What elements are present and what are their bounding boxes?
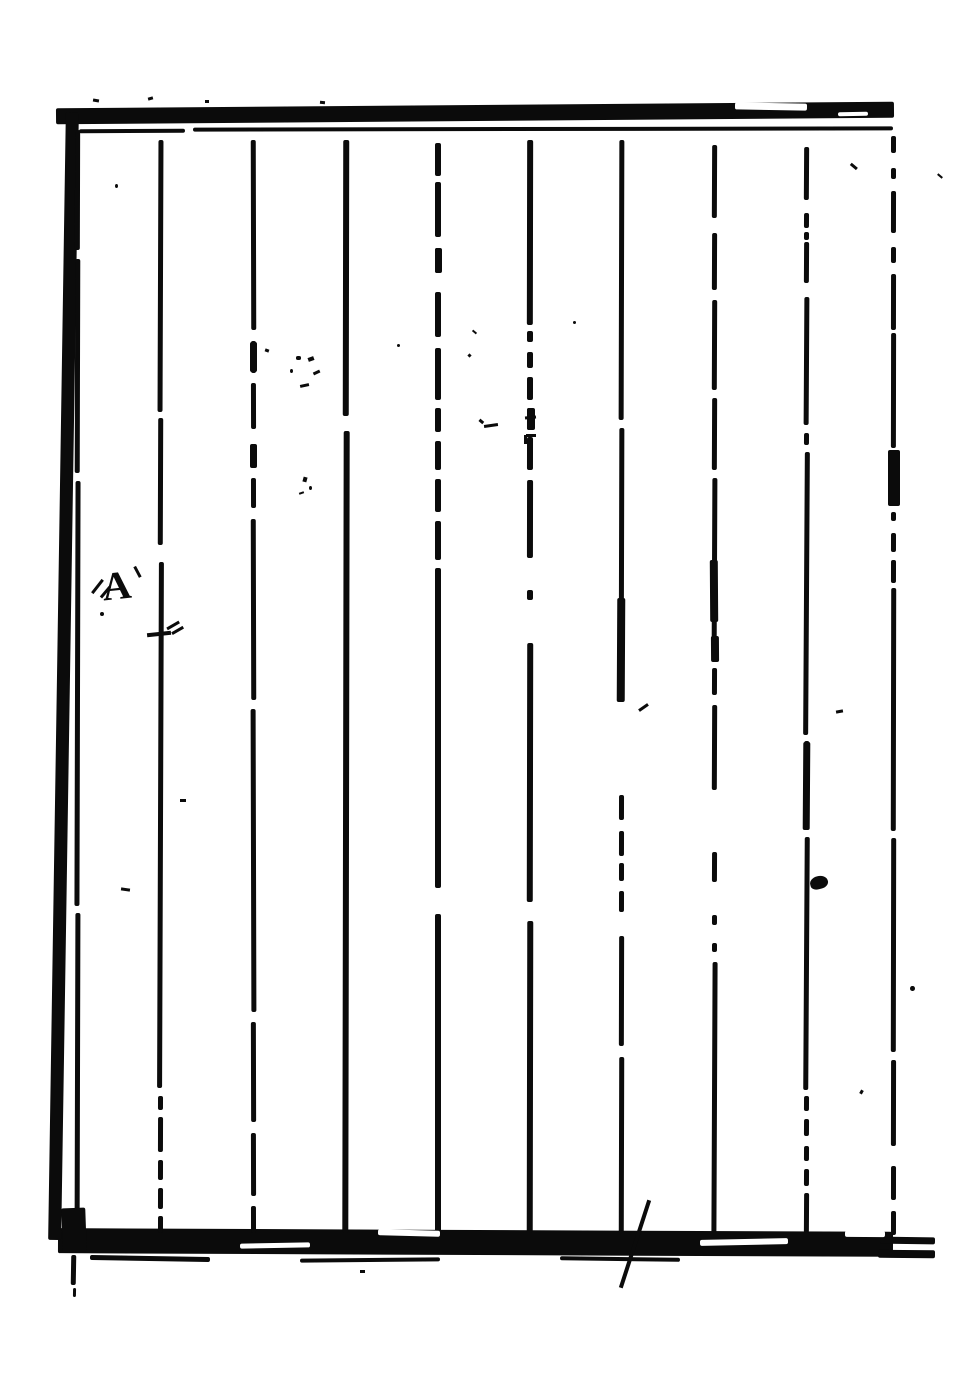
- border-right: [891, 136, 896, 153]
- ink-speck: [93, 99, 99, 103]
- column-rule-8: [804, 232, 809, 240]
- column-rule-6: [618, 936, 623, 1046]
- column-rule-5: [527, 140, 533, 325]
- ink-speck: [859, 1090, 864, 1095]
- column-rule-4: [435, 143, 441, 176]
- column-rule-5: [527, 921, 533, 1233]
- ink-speck: [205, 100, 209, 103]
- paper-streak: [838, 112, 868, 117]
- column-rule-5: [527, 480, 533, 558]
- left-border-tail: [71, 1255, 77, 1285]
- border-right: [891, 838, 896, 1052]
- border-right: [891, 560, 896, 583]
- ink-speck: [307, 356, 314, 362]
- squiggle-mark: [484, 423, 498, 428]
- column-rule-8: [804, 1146, 809, 1161]
- column-rule-7: [711, 233, 716, 290]
- column-rule-5: [527, 643, 533, 902]
- column-rule-4: [435, 568, 441, 888]
- border-left-inner: [74, 481, 80, 906]
- corner-blob-bottom-left: [61, 1208, 87, 1253]
- left-border-tail: [73, 1288, 76, 1297]
- column-rule-2: [250, 519, 255, 700]
- slash-mark: [937, 173, 943, 178]
- ink-thickening: [888, 450, 900, 506]
- column-rule-8: [804, 1119, 809, 1136]
- ink-thickening: [710, 560, 718, 622]
- column-rule-2: [250, 1133, 255, 1196]
- ink-speck: [313, 370, 320, 375]
- column-rule-4: [435, 292, 441, 337]
- border-bottom-extension: [878, 1250, 935, 1258]
- border-left-outer: [48, 112, 79, 1240]
- column-rule-7: [711, 852, 716, 882]
- border-left-inner: [74, 913, 80, 1233]
- ink-speck: [296, 356, 301, 360]
- ink-speck: [309, 486, 312, 490]
- ink-thickening: [617, 598, 626, 702]
- ink-speck: [302, 477, 307, 483]
- column-rule-3: [342, 431, 349, 1233]
- tick-mark: [171, 626, 184, 635]
- column-rule-4: [435, 914, 441, 1233]
- column-rule-4: [435, 348, 441, 400]
- diagonal-dash: [638, 703, 649, 712]
- border-left-inner: [74, 130, 79, 250]
- column-rule-8: [803, 452, 809, 735]
- ink-speck: [300, 383, 309, 387]
- border-right: [891, 168, 896, 179]
- ink-speck: [265, 348, 270, 352]
- border-right: [891, 512, 896, 521]
- column-rule-7: [711, 300, 716, 390]
- ink-speck: [320, 101, 325, 104]
- ink-thickening: [711, 636, 719, 662]
- column-rule-1: [157, 1117, 162, 1152]
- border-right: [891, 1060, 896, 1146]
- ink-speck: [910, 986, 915, 991]
- squiggle-mark: [526, 434, 536, 437]
- ink-speck: [180, 799, 186, 802]
- column-rule-7: [711, 668, 716, 695]
- border-top-inner-line: [193, 126, 893, 131]
- border-right: [891, 247, 896, 263]
- ink-speck: [121, 887, 130, 891]
- border-right: [891, 274, 896, 330]
- border-bottom-band-fringe: [300, 1257, 440, 1262]
- column-rule-7: [711, 915, 716, 925]
- border-right: [891, 1211, 896, 1235]
- column-rule-8: [803, 837, 809, 1090]
- hatch-stroke: [133, 566, 141, 578]
- paper-streak: [845, 1231, 885, 1237]
- column-rule-5: [527, 352, 533, 368]
- column-rule-2: [250, 1206, 255, 1233]
- column-rule-4: [435, 479, 441, 512]
- column-rule-1: [157, 1188, 162, 1209]
- column-rule-2: [250, 383, 255, 429]
- column-rule-5: [527, 377, 533, 400]
- ink-speck: [360, 1270, 365, 1273]
- column-rule-4: [435, 182, 441, 237]
- column-rule-2: [250, 709, 256, 1012]
- column-rule-5: [527, 590, 533, 600]
- column-rule-3: [343, 140, 349, 416]
- column-rule-1: [157, 1160, 162, 1180]
- ink-speck: [397, 344, 400, 347]
- border-right: [891, 333, 896, 448]
- ink-thickening: [435, 248, 442, 273]
- column-rule-8: [804, 433, 809, 445]
- border-bottom-extension: [880, 1237, 935, 1245]
- column-rule-4: [435, 441, 441, 470]
- column-rule-7: [711, 705, 716, 790]
- column-rule-8: [804, 1169, 809, 1186]
- column-rule-2: [250, 1022, 255, 1122]
- ink-thickening: [250, 444, 257, 468]
- column-rule-7: [711, 398, 716, 470]
- border-right: [891, 533, 896, 552]
- border-bottom-band-fringe: [90, 1255, 210, 1262]
- ink-speck: [573, 321, 576, 324]
- column-rule-8: [804, 147, 809, 200]
- ink-thickening: [250, 342, 257, 372]
- column-rule-7: [711, 943, 716, 952]
- column-rule-1: [157, 140, 163, 412]
- ink-speck: [472, 330, 477, 335]
- ink-thickening: [803, 742, 811, 830]
- column-rule-4: [435, 408, 441, 432]
- column-rule-6: [618, 140, 624, 420]
- border-right: [891, 588, 896, 831]
- ink-speck: [290, 369, 293, 373]
- handwritten-letter: A: [100, 565, 133, 608]
- column-rule-2: [250, 478, 255, 508]
- column-rule-7: [711, 962, 717, 1233]
- column-rule-1: [157, 562, 164, 1088]
- border-bottom-band-fringe: [560, 1256, 680, 1262]
- ink-blot: [809, 874, 830, 891]
- column-rule-8: [803, 297, 808, 425]
- column-rule-1: [157, 418, 162, 545]
- column-rule-4: [435, 521, 441, 560]
- border-top-inner-line: [79, 129, 185, 134]
- column-rule-6: [618, 1057, 623, 1233]
- column-rule-6: [618, 795, 623, 820]
- ink-speck: [115, 184, 118, 188]
- paper-streak: [735, 102, 807, 110]
- border-left-inner: [74, 259, 80, 473]
- slash-mark: [850, 163, 858, 170]
- scanned-page: A: [0, 0, 975, 1384]
- column-rule-2: [250, 140, 255, 330]
- ink-speck: [836, 709, 843, 713]
- column-rule-8: [804, 213, 809, 228]
- ink-speck: [299, 491, 304, 495]
- ink-speck: [148, 96, 154, 100]
- border-right: [891, 191, 896, 233]
- column-rule-8: [804, 1193, 809, 1233]
- column-rule-6: [618, 891, 623, 912]
- column-rule-6: [618, 831, 623, 856]
- scan-canvas: A: [0, 0, 975, 1384]
- column-rule-8: [804, 1096, 809, 1111]
- column-rule-8: [804, 242, 809, 283]
- ink-speck: [467, 353, 471, 357]
- column-rule-1: [157, 1096, 162, 1110]
- squiggle-mark: [524, 435, 527, 444]
- column-rule-5: [527, 331, 533, 342]
- column-rule-7: [711, 145, 716, 218]
- ink-speck: [100, 612, 104, 616]
- column-rule-6: [618, 863, 623, 881]
- column-rule-1: [157, 1216, 162, 1233]
- border-right: [891, 1166, 896, 1200]
- squiggle-mark: [479, 419, 484, 424]
